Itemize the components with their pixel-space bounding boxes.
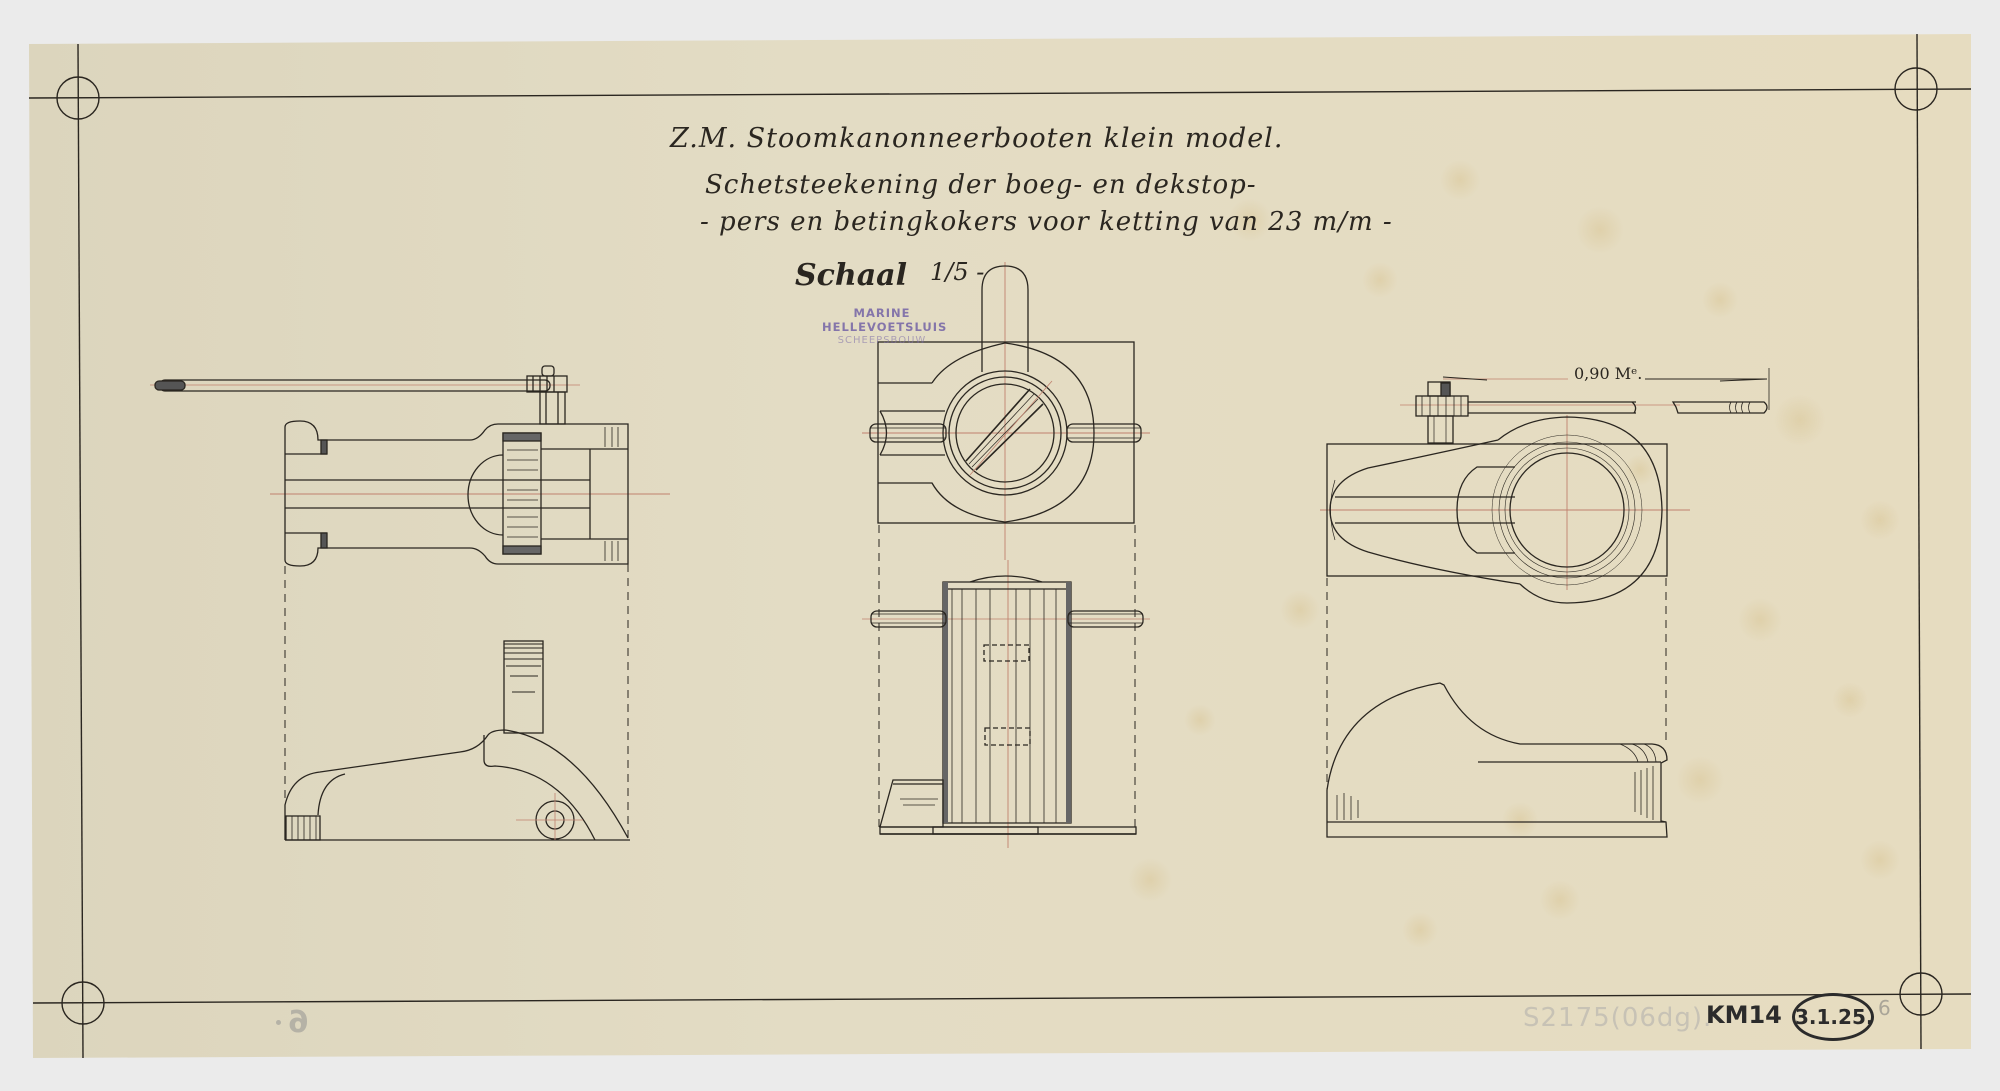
drawing-canvas xyxy=(0,0,2000,1091)
archive-reference: KM14 xyxy=(1706,1001,1782,1029)
mirror-dot xyxy=(276,1020,281,1025)
stamp-line-1: MARINE xyxy=(822,306,942,320)
archive-sheet-mark: 6 xyxy=(1878,996,1891,1020)
marine-stamp: MARINE HELLEVOETSLUIS SCHEEPSBOUW xyxy=(822,306,942,348)
scale-label: Schaal xyxy=(795,258,907,293)
drawing-sheet: Z.M. Stoomkanonneerbooten klein model. S… xyxy=(0,0,2000,1091)
title-line-1: Z.M. Stoomkanonneerbooten klein model. xyxy=(670,123,1283,154)
stamp-line-2: HELLEVOETSLUIS xyxy=(822,320,942,334)
archive-circled-date: 3.1.25. xyxy=(1792,993,1874,1041)
dimension-label: 0,90 Mᵉ. xyxy=(1574,364,1642,383)
title-line-2: Schetsteekening der boeg- en dekstop- xyxy=(705,170,1257,200)
title-line-3: - pers en betingkokers voor ketting van … xyxy=(700,207,1393,237)
archive-pencil-number: S2175(06dg). xyxy=(1523,1003,1712,1033)
mirrored-number: 6 xyxy=(288,1005,309,1040)
scale-value: 1/5 - xyxy=(930,258,984,286)
stamp-line-3: SCHEEPSBOUW xyxy=(822,334,942,348)
